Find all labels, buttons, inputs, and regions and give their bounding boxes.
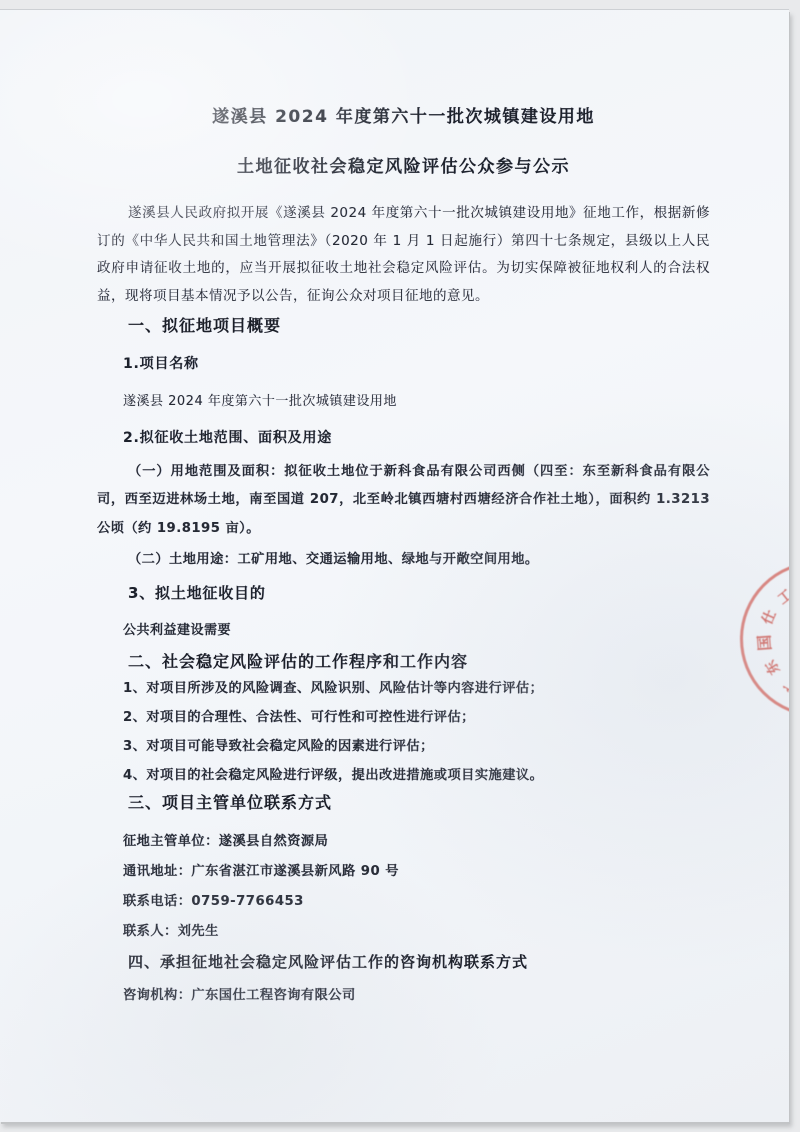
seal-character: 仕 [759,607,780,628]
section1-item3-heading: 3、拟土地征收目的 [128,582,710,605]
section2-item-4: 4、对项目的社会稳定风险进行评级，提出改进措施或项目实施建议。 [123,761,710,790]
document-page: 遂溪县 2024 年度第六十一批次城镇建设用地 土地征收社会稳定风险评估公众参与… [0,10,789,1122]
section1-item1-heading: 1.项目名称 [123,353,710,375]
section1-item2-paragraph2: （二）土地用途：工矿用地、交通运输用地、绿地与开敞空间用地。 [97,546,710,575]
seal-character: 广 [781,674,789,696]
doc-title-line1: 遂溪县 2024 年度第六十一批次城镇建设用地 [97,104,710,130]
contact-line-agency: 征地主管单位：遂溪县自然资源局 [123,827,710,857]
section1-heading: 一、拟征地项目概要 [128,314,710,338]
doc-title-line2: 土地征收社会稳定风险评估公众参与公示 [97,154,710,180]
red-company-seal-partial: 广 东 国 仕 工 [740,561,789,717]
section1-item2-heading: 2.拟征收土地范围、面积及用途 [123,427,710,449]
section1-item2-paragraph1: （一）用地范围及面积：拟征收土地位于新科食品有限公司西侧（四至：东至新科食品有限… [97,458,710,543]
section1-item3-body: 公共利益建设需要 [123,620,710,642]
seal-character: 东 [762,656,784,678]
section2-heading: 二、社会稳定风险评估的工作程序和工作内容 [128,649,710,674]
contact-line-person: 联系人：刘先生 [123,917,710,947]
section4-consultant-line: 咨询机构：广东国仕工程咨询有限公司 [123,985,710,1007]
contact-line-address: 通讯地址：广东省湛江市遂溪县新风路 90 号 [123,857,710,887]
section2-item-2: 2、对项目的合理性、合法性、可行性和可控性进行评估； [123,703,710,732]
section1-item1-body: 遂溪县 2024 年度第六十一批次城镇建设用地 [123,391,710,413]
document-content: 遂溪县 2024 年度第六十一批次城镇建设用地 土地征收社会稳定风险评估公众参与… [97,10,710,1007]
intro-paragraph: 遂溪县人民政府拟开展《遂溪县 2024 年度第六十一批次城镇建设用地》征地工作，… [97,200,710,310]
section2-item-3: 3、对项目可能导致社会稳定风险的因素进行评估； [123,732,710,761]
seal-character: 国 [757,634,774,651]
section4-heading: 四、承担征地社会稳定风险评估工作的咨询机构联系方式 [128,950,710,974]
section3-heading: 三、项目主管单位联系方式 [128,790,710,815]
section2-item-1: 1、对项目所涉及的风险调查、风险识别、风险估计等内容进行评估； [123,674,710,703]
seal-character: 工 [774,586,789,608]
contact-line-phone: 联系电话：0759-7766453 [123,887,710,917]
scan-background: 遂溪县 2024 年度第六十一批次城镇建设用地 土地征收社会稳定风险评估公众参与… [0,0,800,1132]
